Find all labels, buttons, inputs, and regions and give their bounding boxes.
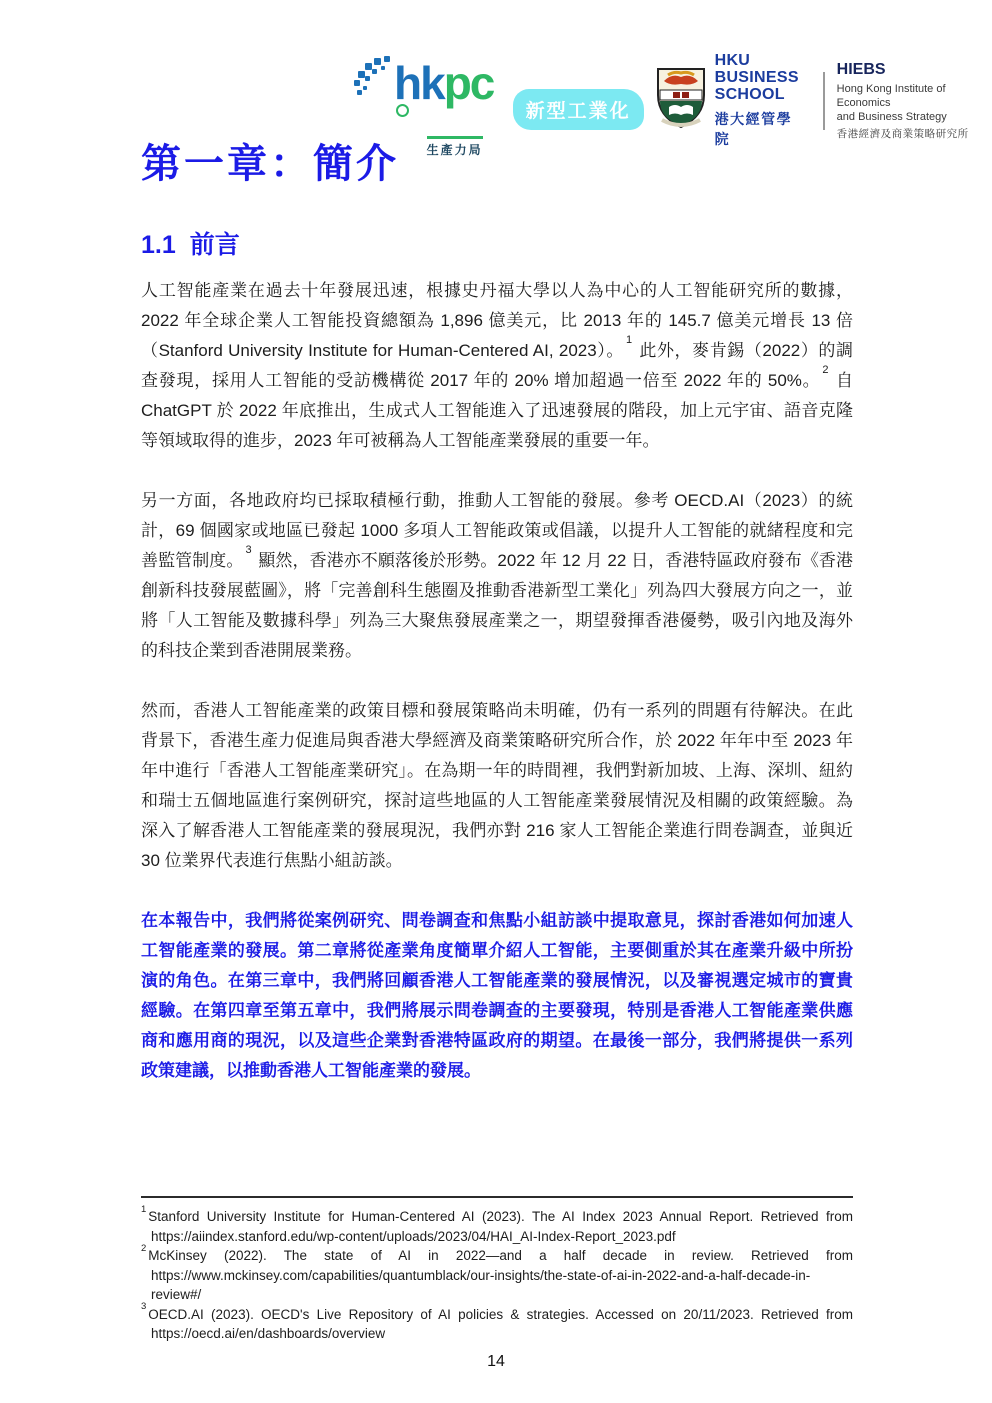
hku-name-line3: SCHOOL bbox=[715, 87, 799, 104]
paragraph-report-outline: 在本報告中，我們將從案例研究、問卷調查和焦點小組訪談中提取意見，探討香港如何加速… bbox=[141, 906, 853, 1086]
hku-name-line2: BUSINESS bbox=[715, 70, 799, 87]
hiebs-name-line1: Hong Kong Institute of Economics bbox=[837, 82, 992, 111]
hiebs-name-line2: and Business Strategy bbox=[837, 110, 992, 124]
paragraph-text: 然而，香港人工智能產業的政策目標和發展策略尚未明確，仍有一系列的問題有待解決。在… bbox=[141, 701, 853, 870]
paragraph-intro: 人工智能產業在過去十年發展迅速，根據史丹福大學以人為中心的人工智能研究所的數據，… bbox=[141, 276, 853, 456]
paragraph-research-background: 然而，香港人工智能產業的政策目標和發展策略尚未明確，仍有一系列的問題有待解決。在… bbox=[141, 696, 853, 876]
section-heading: 1.1前言 bbox=[141, 225, 853, 261]
hiebs-logo: HIEBS Hong Kong Institute of Economics a… bbox=[837, 61, 992, 142]
footnotes-section: 1Stanford University Institute for Human… bbox=[141, 1196, 853, 1344]
new-industrialisation-badge: 新型工業化 bbox=[513, 89, 644, 130]
hkpc-wordmark-pc: pc bbox=[444, 57, 494, 109]
footnote-link[interactable]: https://oecd.ai/en/dashboards/overview bbox=[151, 1326, 385, 1341]
hku-name-line1: HKU bbox=[715, 53, 799, 70]
footnote-ref-2: 2 bbox=[822, 364, 828, 376]
hku-crest-icon bbox=[656, 67, 706, 134]
footnote-marker: 3 bbox=[141, 1301, 146, 1312]
footnote-item: 1Stanford University Institute for Human… bbox=[141, 1207, 853, 1246]
footnote-text: OECD.AI (2023). OECD's Live Repository o… bbox=[148, 1307, 853, 1322]
logo-divider bbox=[823, 72, 825, 130]
hiebs-chinese-name: 香港經濟及商業策略研究所 bbox=[837, 126, 992, 141]
hkpc-wordmark-hk: hk bbox=[394, 57, 444, 109]
footnote-link[interactable]: https://www.mckinsey.com/capabilities/qu… bbox=[151, 1268, 810, 1303]
section-title: 前言 bbox=[190, 231, 240, 259]
footnote-item: 3OECD.AI (2023). OECD's Live Repository … bbox=[141, 1305, 853, 1344]
footnote-item: 2McKinsey (2022). The state of AI in 202… bbox=[141, 1246, 853, 1305]
footnote-marker: 2 bbox=[141, 1243, 146, 1254]
footnote-ref-1: 1 bbox=[626, 334, 632, 346]
hkpc-trademark-icon bbox=[396, 104, 409, 117]
paragraph-text: 顯然，香港亦不願落後於形勢。2022 年 12 月 22 日，香港特區政府發布《… bbox=[141, 551, 853, 660]
footnote-text: McKinsey (2022). The state of AI in 2022… bbox=[148, 1248, 853, 1263]
footnote-ref-3: 3 bbox=[245, 544, 251, 556]
footnote-marker: 1 bbox=[141, 1204, 146, 1215]
hiebs-acronym: HIEBS bbox=[837, 61, 992, 79]
footnote-text: Stanford University Institute for Human-… bbox=[148, 1209, 853, 1224]
main-content: 第一章：簡介 1.1前言 人工智能產業在過去十年發展迅速，根據史丹福大學以人為中… bbox=[141, 132, 853, 1116]
page-number: 14 bbox=[0, 1353, 992, 1371]
paragraph-text: 在本報告中，我們將從案例研究、問卷調查和焦點小組訪談中提取意見，探討香港如何加速… bbox=[141, 911, 853, 1080]
hkpc-mosaic-icon bbox=[352, 50, 394, 113]
paragraph-governments: 另一方面，各地政府均已採取積極行動，推動人工智能的發展。參考 OECD.AI（2… bbox=[141, 486, 853, 666]
footnote-link[interactable]: https://aiindex.stanford.edu/wp-content/… bbox=[151, 1229, 676, 1244]
chapter-title: 第一章：簡介 bbox=[141, 132, 853, 189]
section-number: 1.1 bbox=[141, 231, 176, 259]
document-page: hkpc 生產力局 新型工業化 HKU bbox=[0, 0, 992, 1403]
